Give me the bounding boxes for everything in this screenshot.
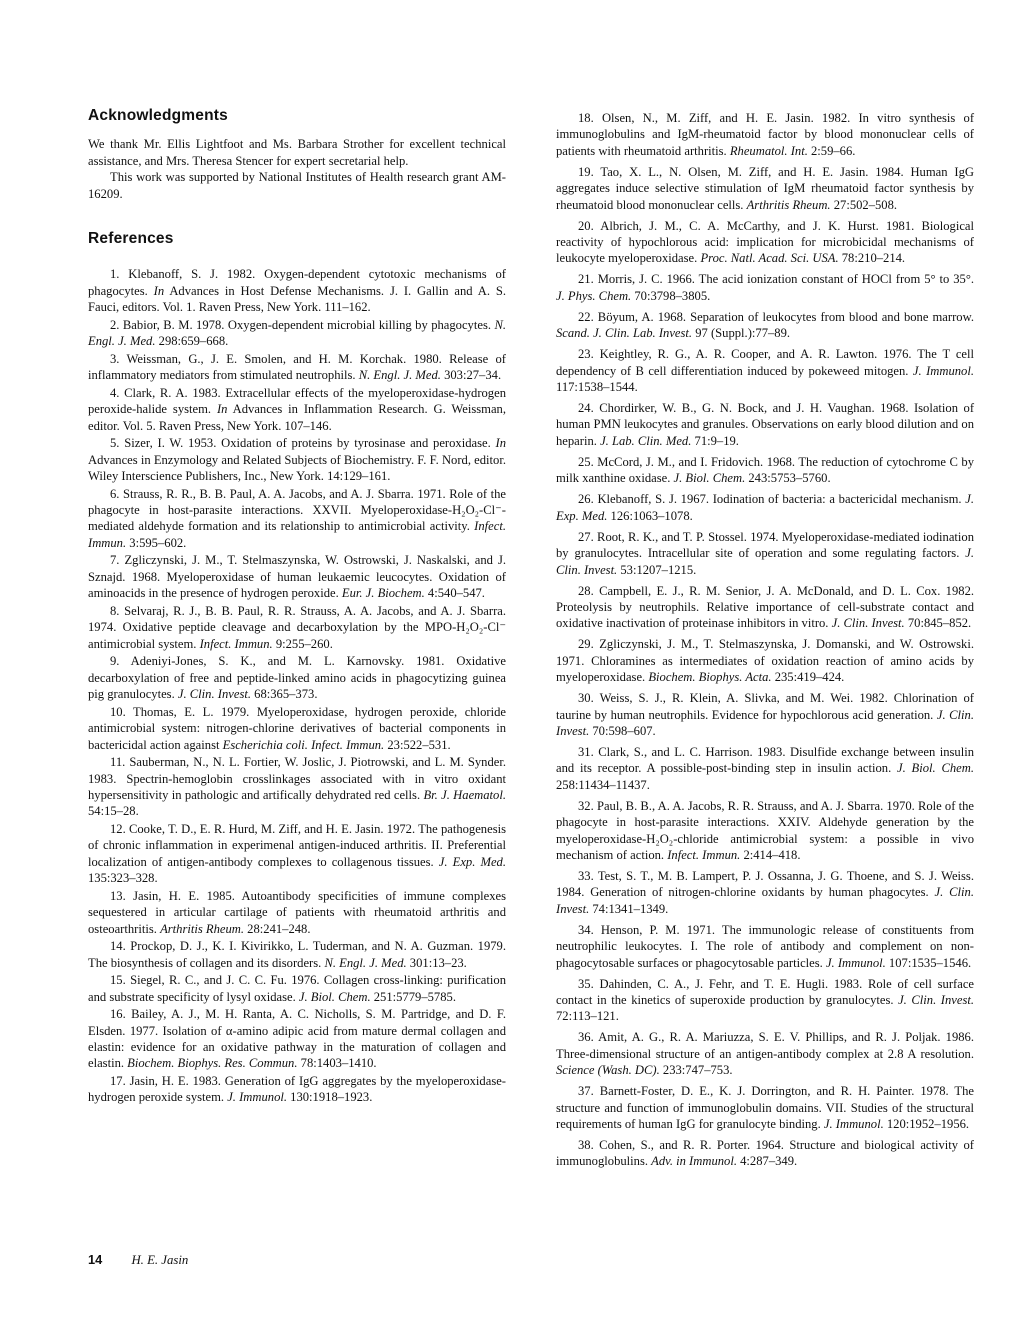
reference-journal: J. Immunol.	[913, 364, 974, 378]
reference-number: 18	[578, 111, 591, 125]
running-head: H. E. Jasin	[131, 1253, 188, 1267]
reference-citation: 78:1403–1410.	[298, 1056, 377, 1070]
reference-text: Amit, A. G., R. A. Mariuzza, S. E. V. Ph…	[556, 1030, 974, 1060]
reference-number: 25	[578, 455, 591, 469]
reference-journal: Biochem. Biophys. Res. Commun.	[127, 1056, 297, 1070]
right-column: 18. Olsen, N., M. Ziff, and H. E. Jasin.…	[556, 110, 974, 1174]
reference-number: 16	[110, 1007, 123, 1021]
reference-journal: N. Engl. J. Med.	[359, 368, 441, 382]
reference-item: 1. Klebanoff, S. J. 1982. Oxygen-depende…	[88, 266, 506, 315]
reference-number: 12	[110, 822, 123, 836]
reference-citation: 258:11434–11437.	[556, 778, 650, 792]
reference-citation: 70:598–607.	[589, 724, 655, 738]
reference-item: 22. Böyum, A. 1968. Separation of leukoc…	[556, 309, 974, 342]
reference-journal: J. Biol. Chem.	[897, 761, 974, 775]
reference-journal: J. Lab. Clin. Med.	[600, 434, 691, 448]
reference-item: 5. Sizer, I. W. 1953. Oxidation of prote…	[88, 435, 506, 484]
reference-item: 20. Albrich, J. M., C. A. McCarthy, and …	[556, 218, 974, 267]
reference-number: 24	[578, 401, 591, 415]
acknowledgments-heading: Acknowledgments	[88, 108, 506, 124]
reference-journal: In	[217, 402, 228, 416]
reference-number: 15	[110, 973, 123, 987]
reference-journal: Biochem. Biophys. Acta.	[648, 670, 771, 684]
reference-text: Klebanoff, S. J. 1967. Iodination of bac…	[597, 492, 965, 506]
reference-citation: 23:522–531.	[384, 738, 450, 752]
reference-number: 31	[578, 745, 591, 759]
reference-item: 31. Clark, S., and L. C. Harrison. 1983.…	[556, 744, 974, 793]
reference-citation: 4:287–349.	[737, 1154, 797, 1168]
reference-number: 38	[578, 1138, 591, 1152]
reference-text: Strauss, R. R., B. B. Paul, A. A. Jacobs…	[88, 487, 506, 534]
reference-number: 20	[578, 219, 591, 233]
reference-item: 9. Adeniyi-Jones, S. K., and M. L. Karno…	[88, 653, 506, 702]
reference-citation: 70:3798–3805.	[631, 289, 710, 303]
acknowledgments-section: Acknowledgments We thank Mr. Ellis Light…	[88, 108, 506, 202]
reference-citation: 71:9–19.	[691, 434, 739, 448]
reference-journal: Arthritis Rheum.	[160, 922, 244, 936]
reference-journal: Proc. Natl. Acad. Sci. USA.	[700, 251, 838, 265]
reference-text: Weiss, S. J., R. Klein, A. Slivka, and M…	[556, 691, 974, 721]
reference-journal: J. Clin. Invest.	[898, 993, 974, 1007]
reference-item: 12. Cooke, T. D., E. R. Hurd, M. Ziff, a…	[88, 821, 506, 887]
funding-paragraph: This work was supported by National Inst…	[88, 169, 506, 202]
reference-item: 32. Paul, B. B., A. A. Jacobs, R. R. Str…	[556, 798, 974, 864]
reference-item: 38. Cohen, S., and R. R. Porter. 1964. S…	[556, 1137, 974, 1170]
reference-journal: Scand. J. Clin. Lab. Invest.	[556, 326, 692, 340]
reference-text: Root, R. K., and T. P. Stossel. 1974. My…	[556, 530, 974, 560]
reference-citation: 70:845–852.	[905, 616, 971, 630]
reference-citation: 298:659–668.	[156, 334, 229, 348]
reference-item: 14. Prockop, D. J., K. I. Kivirikko, L. …	[88, 938, 506, 971]
reference-citation: 235:419–424.	[772, 670, 845, 684]
reference-journal: Eur. J. Biochem.	[342, 586, 425, 600]
reference-number: 35	[578, 977, 591, 991]
reference-citation: 117:1538–1544.	[556, 380, 638, 394]
reference-journal: J. Immunol.	[227, 1090, 287, 1104]
reference-item: 4. Clark, R. A. 1983. Extracellular effe…	[88, 385, 506, 434]
reference-citation: 243:5753–5760.	[745, 471, 830, 485]
reference-number: 21	[578, 272, 591, 286]
reference-item: 36. Amit, A. G., R. A. Mariuzza, S. E. V…	[556, 1029, 974, 1078]
reference-text: Sizer, I. W. 1953. Oxidation of proteins…	[124, 436, 495, 450]
page-footer: 14 H. E. Jasin	[88, 1252, 188, 1268]
reference-text: Test, S. T., M. B. Lampert, P. J. Ossann…	[556, 869, 974, 899]
reference-item: 33. Test, S. T., M. B. Lampert, P. J. Os…	[556, 868, 974, 917]
reference-journal: J. Phys. Chem.	[556, 289, 631, 303]
reference-text: Keightley, R. G., A. R. Cooper, and A. R…	[556, 347, 974, 377]
reference-item: 34. Henson, P. M. 1971. The immunologic …	[556, 922, 974, 971]
reference-text: Morris, J. C. 1966. The acid ionization …	[598, 272, 974, 286]
reference-number: 34	[578, 923, 591, 937]
reference-citation: 68:365–373.	[251, 687, 317, 701]
reference-number: 19	[578, 165, 591, 179]
reference-journal: N. Engl. J. Med.	[324, 956, 406, 970]
reference-item: 17. Jasin, H. E. 1983. Generation of IgG…	[88, 1073, 506, 1106]
reference-citation: 233:747–753.	[660, 1063, 733, 1077]
reference-item: 11. Sauberman, N., N. L. Fortier, W. Jos…	[88, 754, 506, 820]
reference-journal: J. Immunol.	[824, 1117, 884, 1131]
reference-journal: J. Clin. Invest.	[178, 687, 251, 701]
reference-item: 6. Strauss, R. R., B. B. Paul, A. A. Jac…	[88, 486, 506, 552]
reference-citation: 107:1535–1546.	[886, 956, 971, 970]
reference-citation: 97 (Suppl.):77–89.	[692, 326, 790, 340]
reference-citation: 126:1063–1078.	[607, 509, 692, 523]
reference-citation: 301:13–23.	[407, 956, 467, 970]
reference-number: 32	[578, 799, 591, 813]
page-number: 14	[88, 1252, 102, 1267]
reference-item: 37. Barnett-Foster, D. E., K. J. Dorring…	[556, 1083, 974, 1132]
reference-journal: Science (Wash. DC).	[556, 1063, 660, 1077]
reference-citation: 28:241–248.	[244, 922, 310, 936]
reference-number: 27	[578, 530, 591, 544]
reference-item: 13. Jasin, H. E. 1985. Autoantibody spec…	[88, 888, 506, 937]
reference-item: 21. Morris, J. C. 1966. The acid ionizat…	[556, 271, 974, 304]
reference-number: 28	[578, 584, 591, 598]
reference-item: 7. Zgliczynski, J. M., T. Stelmaszynska,…	[88, 552, 506, 601]
reference-journal: Arthritis Rheum.	[747, 198, 831, 212]
reference-journal: Infect. Immun.	[200, 637, 273, 651]
reference-item: 35. Dahinden, C. A., J. Fehr, and T. E. …	[556, 976, 974, 1025]
reference-citation: 251:5779–5785.	[371, 990, 456, 1004]
acknowledgments-paragraph: We thank Mr. Ellis Lightfoot and Ms. Bar…	[88, 136, 506, 169]
reference-number: 14	[110, 939, 123, 953]
reference-item: 30. Weiss, S. J., R. Klein, A. Slivka, a…	[556, 690, 974, 739]
reference-number: 26	[578, 492, 591, 506]
reference-citation: 2:59–66.	[808, 144, 856, 158]
reference-citation: 303:27–34.	[441, 368, 501, 382]
reference-text: Böyum, A. 1968. Separation of leukocytes…	[598, 310, 974, 324]
reference-list-right: 18. Olsen, N., M. Ziff, and H. E. Jasin.…	[556, 110, 974, 1170]
reference-citation: 78:210–214.	[839, 251, 905, 265]
reference-number: 33	[578, 869, 591, 883]
reference-citation: 4:540–547.	[425, 586, 485, 600]
reference-item: 25. McCord, J. M., and I. Fridovich. 196…	[556, 454, 974, 487]
reference-journal: J. Exp. Med.	[439, 855, 506, 869]
reference-number: 36	[578, 1030, 591, 1044]
reference-citation: 2:414–418.	[740, 848, 800, 862]
reference-citation: Advances in Enzymology and Related Subje…	[88, 453, 506, 483]
reference-citation: 120:1952–1956.	[884, 1117, 969, 1131]
reference-journal: Infect. Immun.	[667, 848, 740, 862]
reference-item: 3. Weissman, G., J. E. Smolen, and H. M.…	[88, 351, 506, 384]
reference-number: 10	[110, 705, 123, 719]
reference-item: 10. Thomas, E. L. 1979. Myeloperoxidase,…	[88, 704, 506, 753]
reference-item: 27. Root, R. K., and T. P. Stossel. 1974…	[556, 529, 974, 578]
reference-item: 29. Zgliczynski, J. M., T. Stelmaszynska…	[556, 636, 974, 685]
reference-journal: Adv. in Immunol.	[651, 1154, 737, 1168]
reference-citation: 3:595–602.	[126, 536, 186, 550]
reference-number: 22	[578, 310, 591, 324]
reference-item: 2. Babior, B. M. 1978. Oxygen-dependent …	[88, 317, 506, 350]
reference-citation: 72:113–121.	[556, 1009, 619, 1023]
reference-citation: 9:255–260.	[273, 637, 333, 651]
reference-number: 30	[578, 691, 591, 705]
reference-journal: In	[154, 284, 165, 298]
reference-citation: 54:15–28.	[88, 804, 139, 818]
reference-item: 15. Siegel, R. C., and J. C. C. Fu. 1976…	[88, 972, 506, 1005]
reference-citation: 53:1207–1215.	[617, 563, 696, 577]
reference-item: 8. Selvaraj, R. J., B. B. Paul, R. R. St…	[88, 603, 506, 652]
reference-journal: Br. J. Haematol.	[423, 788, 506, 802]
reference-item: 28. Campbell, E. J., R. M. Senior, J. A.…	[556, 583, 974, 632]
reference-number: 13	[110, 889, 123, 903]
reference-journal: In	[496, 436, 507, 450]
reference-number: 29	[578, 637, 591, 651]
reference-journal: Escherichia coli. Infect. Immun.	[223, 738, 385, 752]
reference-citation: 27:502–508.	[831, 198, 897, 212]
reference-number: 37	[578, 1084, 591, 1098]
reference-citation: 74:1341–1349.	[589, 902, 668, 916]
reference-journal: J. Immunol.	[826, 956, 886, 970]
reference-citation: 135:323–328.	[88, 871, 158, 885]
reference-citation: 130:1918–1923.	[287, 1090, 372, 1104]
left-column: Acknowledgments We thank Mr. Ellis Light…	[88, 108, 506, 1107]
reference-journal: J. Biol. Chem.	[299, 990, 371, 1004]
reference-number: 17	[110, 1074, 123, 1088]
references-heading: References	[88, 231, 506, 247]
reference-item: 19. Tao, X. L., N. Olsen, M. Ziff, and H…	[556, 164, 974, 213]
reference-journal: Rheumatol. Int.	[730, 144, 808, 158]
reference-number: 23	[578, 347, 591, 361]
reference-number: 11	[110, 755, 122, 769]
reference-item: 26. Klebanoff, S. J. 1967. Iodination of…	[556, 491, 974, 524]
reference-list-left: 1. Klebanoff, S. J. 1982. Oxygen-depende…	[88, 266, 506, 1105]
reference-item: 18. Olsen, N., M. Ziff, and H. E. Jasin.…	[556, 110, 974, 159]
reference-text: Babior, B. M. 1978. Oxygen-dependent mic…	[123, 318, 495, 332]
reference-journal: J. Biol. Chem.	[674, 471, 746, 485]
reference-item: 23. Keightley, R. G., A. R. Cooper, and …	[556, 346, 974, 395]
reference-item: 24. Chordirker, W. B., G. N. Bock, and J…	[556, 400, 974, 449]
reference-item: 16. Bailey, A. J., M. H. Ranta, A. C. Ni…	[88, 1006, 506, 1072]
reference-journal: J. Clin. Invest.	[832, 616, 905, 630]
